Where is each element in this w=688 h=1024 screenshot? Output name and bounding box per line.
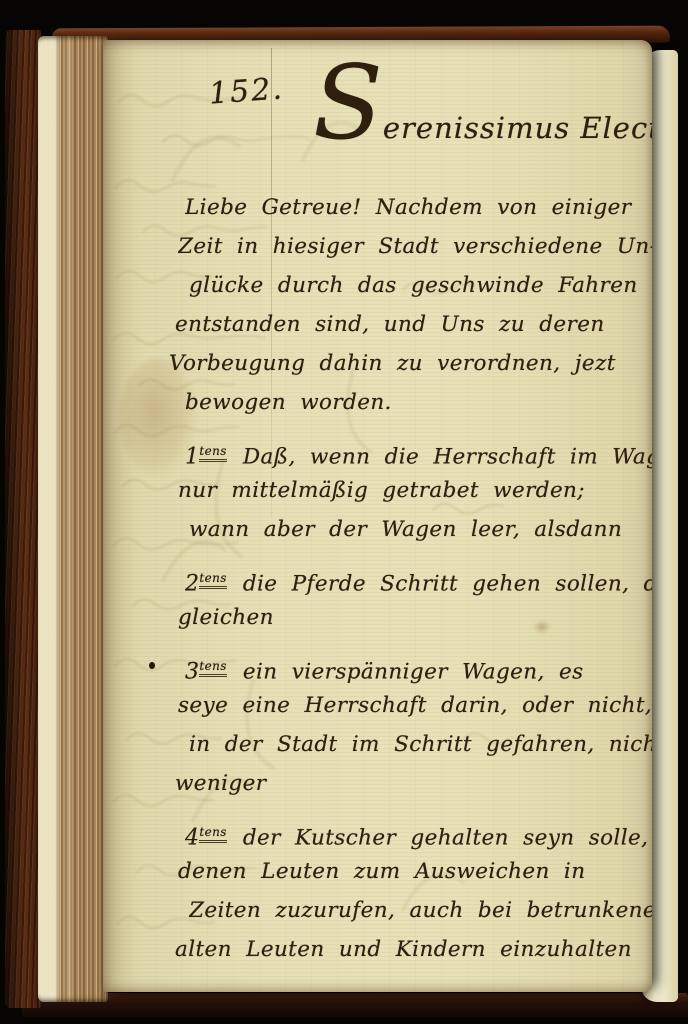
item-ordinal: 3 bbox=[185, 659, 199, 684]
item-ordinal: 1 bbox=[185, 444, 199, 469]
manuscript-line: nur mittelmäßig getrabet werden; bbox=[178, 471, 652, 510]
line-text: der Kutscher gehalten seyn solle, bbox=[243, 825, 649, 850]
page-title: Serenissimus Elector. bbox=[313, 52, 649, 180]
manuscript-line: bewogen worden. bbox=[185, 383, 652, 422]
manuscript-line: gleichen bbox=[178, 598, 652, 637]
item-paragraph-3: 3tensein vierspänniger Wagen, es seye ei… bbox=[185, 647, 652, 803]
manuscript-line: seye eine Herrschaft darin, oder nicht, bbox=[178, 686, 652, 725]
item-number: 3tens bbox=[185, 647, 227, 686]
manuscript-line: entstanden sind, und Uns zu deren bbox=[175, 305, 652, 344]
manuscript-line: denen Leuten zum Ausweichen in bbox=[178, 852, 652, 891]
book-spine bbox=[5, 30, 41, 1008]
item-paragraph-4: 4tensder Kutscher gehalten seyn solle, d… bbox=[185, 813, 652, 969]
item-ordinal: 2 bbox=[185, 571, 199, 596]
manuscript-page: 152. Serenissimus Elector. Liebe Getreue… bbox=[103, 40, 652, 992]
item-number: 4tens bbox=[185, 813, 227, 852]
page-number: 152. bbox=[208, 71, 285, 111]
manuscript-line: Liebe Getreue! Nachdem von einiger bbox=[185, 188, 652, 227]
manuscript-line: in der Stadt im Schritt gefahren, nicht bbox=[189, 725, 652, 764]
manuscript-line: wann aber der Wagen leer, alsdann bbox=[189, 510, 652, 549]
item-ordinal: 4 bbox=[185, 825, 199, 850]
item-paragraph-2: 2tensdie Pferde Schritt gehen sollen, de… bbox=[185, 559, 652, 637]
manuscript-line: 1tensDaß, wenn die Herrschaft im Wagen, bbox=[185, 432, 652, 471]
item-ordinal-suffix: tens bbox=[199, 444, 226, 462]
manuscript-line: Zeiten zuzurufen, auch bei betrunkenen bbox=[189, 891, 652, 930]
line-text: ein vierspänniger Wagen, es bbox=[243, 659, 584, 684]
page-edges-stack bbox=[38, 36, 108, 1002]
opening-paragraph: Liebe Getreue! Nachdem von einiger Zeit … bbox=[185, 188, 652, 422]
manuscript-line: 3tensein vierspänniger Wagen, es bbox=[185, 647, 652, 686]
item-number: 1tens bbox=[185, 432, 227, 471]
manuscript-line: 2tensdie Pferde Schritt gehen sollen, de… bbox=[185, 559, 652, 598]
ink-speck bbox=[149, 662, 155, 669]
line-text: Daß, wenn die Herrschaft im Wagen, bbox=[243, 444, 652, 469]
manuscript-line: 4tensder Kutscher gehalten seyn solle, bbox=[185, 813, 652, 852]
manuscript-line: alten Leuten und Kindern einzuhalten bbox=[175, 930, 652, 969]
item-number: 2tens bbox=[185, 559, 227, 598]
book-cover-bottom-edge bbox=[22, 993, 688, 1017]
line-text: die Pferde Schritt gehen sollen, des- bbox=[243, 571, 652, 596]
manuscript-line: Vorbeugung dahin zu verordnen, jezt bbox=[169, 344, 652, 383]
item-ordinal-suffix: tens bbox=[199, 825, 226, 843]
item-ordinal-suffix: tens bbox=[199, 659, 226, 677]
book-scan-photo: 152. Serenissimus Elector. Liebe Getreue… bbox=[0, 0, 688, 1024]
manuscript-line: glücke durch das geschwinde Fahren bbox=[189, 266, 652, 305]
manuscript-line: Zeit in hiesiger Stadt verschiedene Un- bbox=[178, 227, 652, 266]
manuscript-body: Liebe Getreue! Nachdem von einiger Zeit … bbox=[185, 188, 652, 979]
item-paragraph-1: 1tensDaß, wenn die Herrschaft im Wagen, … bbox=[185, 432, 652, 549]
manuscript-line: weniger bbox=[175, 764, 652, 803]
item-ordinal-suffix: tens bbox=[199, 571, 226, 589]
